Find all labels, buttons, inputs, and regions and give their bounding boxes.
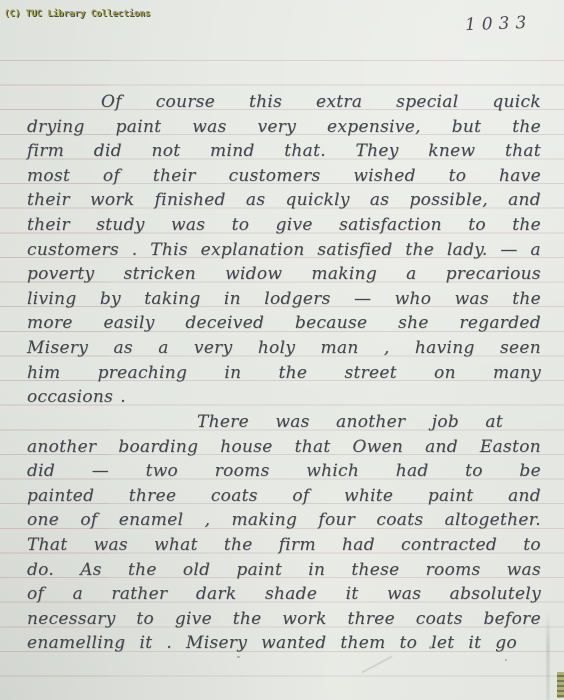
word: paint — [236, 558, 282, 583]
word: lodgers — [264, 287, 330, 312]
word: that — [505, 139, 541, 164]
word: because — [295, 311, 367, 336]
word: to — [468, 213, 486, 238]
word: their — [27, 188, 70, 213]
word: go — [495, 631, 517, 656]
word: street — [344, 361, 396, 386]
paper-speck — [429, 646, 432, 649]
word: having — [415, 336, 475, 361]
word: many — [493, 361, 541, 386]
word: which — [306, 459, 359, 484]
word: paint — [428, 484, 474, 509]
word: firm — [27, 139, 64, 164]
word: their — [153, 164, 196, 189]
manuscript-line: moreeasilydeceivedbecausesheregarded — [27, 311, 541, 336]
word: occasions — [27, 387, 113, 407]
word: paint — [116, 115, 162, 140]
word: rather — [111, 582, 167, 607]
word: necessary — [27, 607, 116, 632]
manuscript-line: livingbytakinginlodgers—whowasthe — [27, 287, 541, 312]
word: most — [27, 164, 70, 189]
manuscript-line: do.Astheoldpaintintheseroomswas — [27, 558, 541, 583]
word: house — [220, 435, 272, 460]
word: to — [136, 607, 154, 632]
word: . — [120, 387, 126, 407]
word: boarding — [118, 435, 198, 460]
word: a — [73, 582, 83, 607]
word: Misery — [186, 631, 247, 656]
word: painted — [27, 484, 94, 509]
word: who — [395, 287, 432, 312]
word: it — [346, 582, 359, 607]
word: have — [499, 164, 541, 189]
word: as — [246, 188, 265, 213]
word: the — [128, 558, 157, 583]
word: and — [508, 188, 541, 213]
word: as — [113, 336, 132, 361]
manuscript-line: theirworkfinishedasquicklyaspossible,and — [27, 188, 541, 213]
copyright-watermark: (C) TUC Library Collections — [4, 9, 150, 19]
word: was — [171, 213, 205, 238]
word: poverty — [27, 262, 94, 287]
word: was — [275, 410, 309, 435]
manuscript-text: Ofcoursethisextraspecialquickdryingpaint… — [27, 90, 541, 656]
word: one — [27, 508, 59, 533]
word: of — [27, 582, 44, 607]
manuscript-line: theirstudywastogivesatisfactiontothe — [27, 213, 541, 238]
word: them — [340, 631, 385, 656]
word: shade — [265, 582, 317, 607]
word: making — [311, 262, 377, 287]
word: — — [92, 459, 109, 484]
word: work — [90, 188, 134, 213]
manuscript-line: ofaratherdarkshadeitwasabsolutely — [27, 582, 541, 607]
paper-speck — [237, 656, 240, 658]
word: four — [318, 508, 355, 533]
paper-speck — [121, 641, 124, 644]
word: man — [321, 336, 359, 361]
word: satisfaction — [339, 213, 442, 238]
word: three — [129, 484, 177, 509]
word: — — [500, 238, 517, 263]
word: knew — [428, 139, 475, 164]
word: — — [354, 287, 371, 312]
word: customers — [229, 164, 321, 189]
manuscript-line: paintedthreecoatsofwhitepaintand — [27, 484, 541, 509]
manuscript-line: povertystrickenwidowmakingaprecarious — [27, 262, 541, 287]
word: was — [94, 533, 128, 558]
word: to — [232, 213, 250, 238]
manuscript-line: anotherboardinghousethatOwenandEaston — [27, 435, 541, 460]
word: very — [194, 336, 233, 361]
word: explanation — [201, 238, 305, 263]
word: as — [370, 188, 389, 213]
word: to — [400, 631, 418, 656]
word: . — [132, 238, 138, 263]
word: these — [351, 558, 399, 583]
word: the — [233, 607, 262, 632]
word: possible, — [409, 188, 488, 213]
word: enamelling — [27, 631, 125, 656]
word: expensive, — [327, 115, 421, 140]
word: of — [292, 484, 309, 509]
word: satisfied — [317, 238, 392, 263]
word: There — [197, 410, 249, 435]
word: special — [396, 90, 458, 115]
word: Misery — [27, 336, 88, 361]
word: contracted — [401, 533, 497, 558]
word: not — [152, 139, 181, 164]
word: the — [512, 115, 541, 140]
word: This — [150, 238, 188, 263]
word: absolutely — [450, 582, 541, 607]
word: let — [431, 631, 454, 656]
manuscript-line: did—tworoomswhichhadtobe — [27, 459, 541, 484]
word: the — [512, 287, 541, 312]
manuscript-line: customers.Thisexplanationsatisfiedthelad… — [27, 238, 541, 263]
word: firm — [279, 533, 316, 558]
word: Of — [101, 90, 122, 115]
word: another — [336, 410, 405, 435]
word: wished — [353, 164, 415, 189]
word: him — [27, 361, 60, 386]
manuscript-line: dryingpaintwasveryexpensive,butthe — [27, 115, 541, 140]
manuscript-line: himpreachinginthestreetonmany — [27, 361, 541, 386]
word: Easton — [480, 435, 541, 460]
word: a — [158, 336, 168, 361]
word: did — [27, 459, 55, 484]
word: but — [452, 115, 482, 140]
word: holy — [258, 336, 295, 361]
word: quick — [492, 90, 541, 115]
word: be — [519, 459, 541, 484]
word: the — [512, 213, 541, 238]
paper-speck — [505, 659, 507, 661]
manuscript-line: necessarytogivetheworkthreecoatsbefore — [27, 607, 541, 632]
word: white — [344, 484, 393, 509]
word: work — [282, 607, 326, 632]
word: job — [432, 410, 459, 435]
word: drying — [27, 115, 85, 140]
word: stricken — [124, 262, 196, 287]
word: very — [258, 115, 297, 140]
word: it — [139, 631, 152, 656]
manuscript-line: occasions. — [27, 385, 541, 410]
manuscript-line: oneofenamel,makingfourcoatsaltogether. — [27, 508, 541, 533]
word: widow — [225, 262, 282, 287]
word: easily — [103, 311, 154, 336]
manuscript-line: Ofcoursethisextraspecialquick — [27, 90, 541, 115]
word: and — [508, 484, 541, 509]
word: old — [183, 558, 210, 583]
word: , — [384, 336, 390, 361]
word: coats — [211, 484, 258, 509]
manuscript-line: enamellingit.Miserywantedthemtoletitgo — [27, 631, 541, 656]
word: two — [146, 459, 179, 484]
word: seen — [500, 336, 541, 361]
word: customers — [27, 238, 119, 263]
word: of — [80, 508, 97, 533]
word: study — [96, 213, 145, 238]
word: mind — [210, 139, 255, 164]
edge-watermark-fragment — [557, 672, 564, 698]
word: she — [398, 311, 429, 336]
word: more — [27, 311, 73, 336]
word: that — [295, 435, 331, 460]
word: to — [523, 533, 541, 558]
word: was — [387, 582, 421, 607]
word: what — [154, 533, 198, 558]
word: did — [94, 139, 122, 164]
word: making — [232, 508, 298, 533]
word: to — [449, 164, 467, 189]
word: in — [224, 361, 241, 386]
word: in — [224, 287, 241, 312]
word: lady. — [447, 238, 488, 263]
word: That — [27, 533, 67, 558]
word: give — [276, 213, 313, 238]
manuscript-line: Miseryasaveryholyman,havingseen — [27, 336, 541, 361]
manuscript-line: Thatwaswhatthefirmhadcontractedto — [27, 533, 541, 558]
word: was — [192, 115, 226, 140]
word: do. — [27, 558, 54, 583]
word: coats — [416, 607, 463, 632]
word: at — [485, 410, 503, 435]
word: give — [175, 607, 212, 632]
word: to — [465, 459, 483, 484]
word: the — [405, 238, 434, 263]
page-edge-crease — [547, 610, 549, 700]
manuscript-line: firmdidnotmindthat.Theyknewthat — [27, 139, 541, 164]
word: of — [103, 164, 120, 189]
word: three — [347, 607, 395, 632]
word: taking — [144, 287, 200, 312]
word: living — [27, 287, 77, 312]
paragraph: Ofcoursethisextraspecialquickdryingpaint… — [27, 90, 541, 410]
word: quickly — [286, 188, 350, 213]
word: They — [356, 139, 399, 164]
manuscript-line: Therewasanotherjobat — [27, 410, 541, 435]
manuscript-page: (C) TUC Library Collections 1033 Ofcours… — [0, 0, 564, 700]
word: rooms — [426, 558, 481, 583]
word: the — [279, 361, 308, 386]
manuscript-line: mostoftheircustomerswishedtohave — [27, 164, 541, 189]
word: , — [205, 508, 211, 533]
word: dark — [196, 582, 237, 607]
word: was — [507, 558, 541, 583]
word: the — [224, 533, 253, 558]
word: precarious — [446, 262, 541, 287]
word: before — [483, 607, 540, 632]
word: preaching — [98, 361, 188, 386]
word: extra — [316, 90, 362, 115]
word: on — [434, 361, 456, 386]
word: had — [396, 459, 429, 484]
word: was — [455, 287, 489, 312]
word: in — [308, 558, 325, 583]
word: that. — [284, 139, 326, 164]
word: As — [80, 558, 102, 583]
word: coats — [376, 508, 423, 533]
word: regarded — [459, 311, 541, 336]
page-number: 1033 — [464, 13, 532, 35]
word: course — [156, 90, 215, 115]
word: it — [468, 631, 481, 656]
word: altogether. — [445, 508, 541, 533]
paragraph: Therewasanotherjobatanotherboardinghouse… — [27, 410, 541, 656]
word: a — [530, 238, 540, 263]
word: Owen — [352, 435, 403, 460]
word: enamel — [119, 508, 184, 533]
word: wanted — [261, 631, 326, 656]
word: this — [249, 90, 282, 115]
word: finished — [155, 188, 226, 213]
word: by — [100, 287, 121, 312]
word: rooms — [215, 459, 270, 484]
word: a — [406, 262, 416, 287]
word: . — [166, 631, 172, 656]
word: and — [425, 435, 458, 460]
word: another — [27, 435, 96, 460]
word: had — [342, 533, 375, 558]
word: deceived — [185, 311, 264, 336]
word: their — [27, 213, 70, 238]
